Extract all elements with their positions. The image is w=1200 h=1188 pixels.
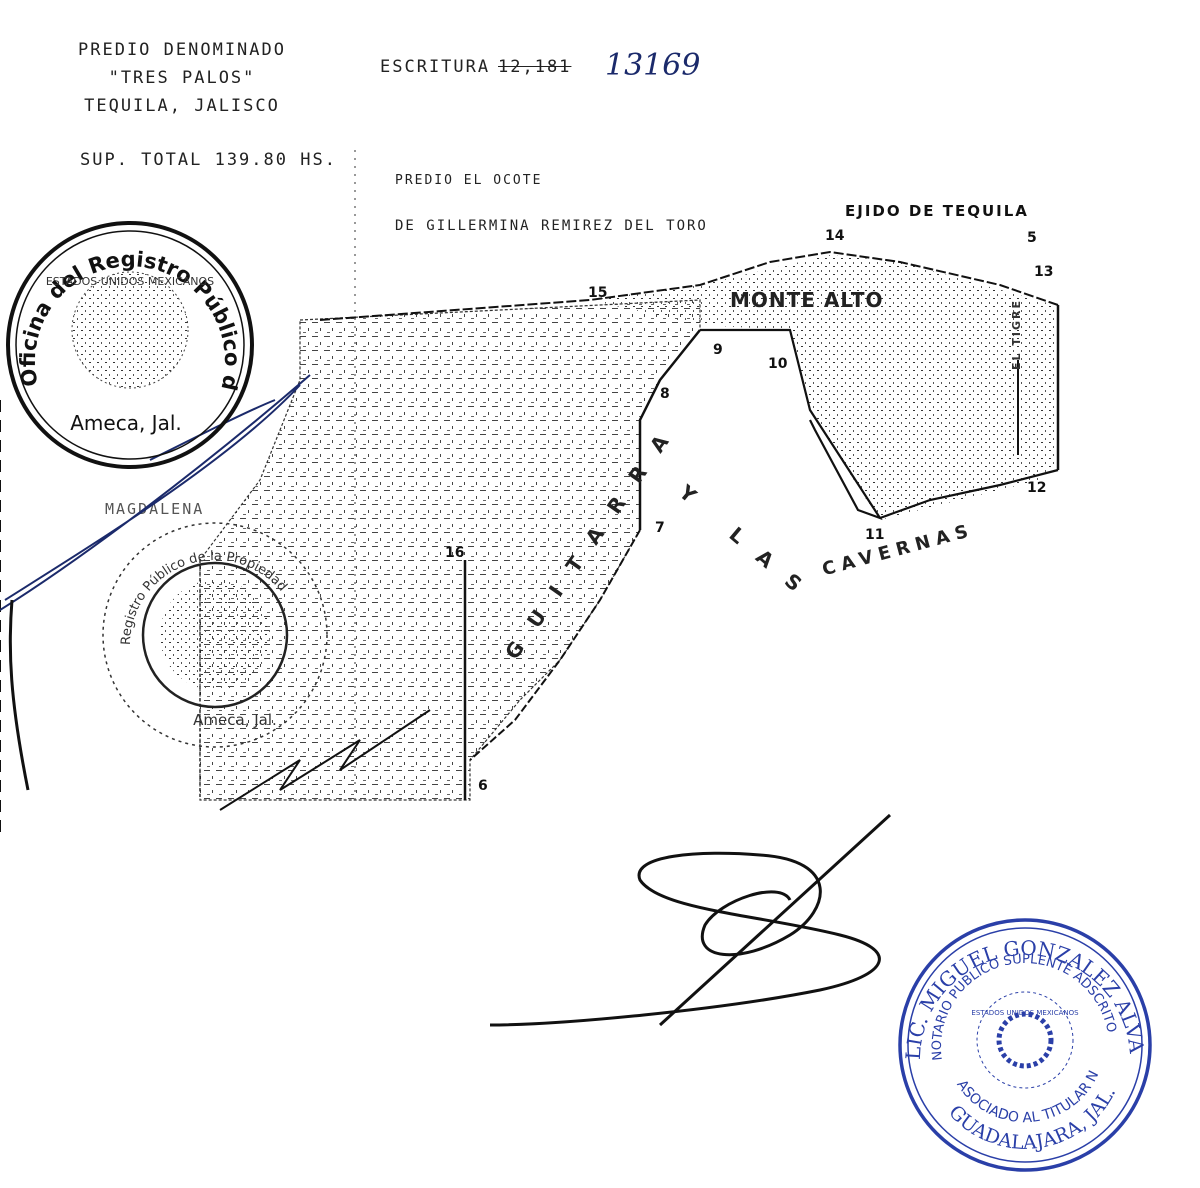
vertex-12: 12: [1027, 480, 1046, 496]
vertex-5: 5: [1027, 230, 1037, 246]
registry-stamp-bottom: Ameca, Jal.: [70, 411, 182, 435]
registry-stamp-top: Oficina del Registro Público de la Propi…: [8, 225, 244, 393]
svg-text:Oficina del Registro Público d: Oficina del Registro Público de la Propi…: [8, 225, 244, 393]
vertex-6: 6: [478, 778, 488, 794]
vertex-9: 9: [713, 342, 723, 358]
registry-stamp-text: Oficina del Registro Público de la Propi…: [8, 225, 252, 469]
vertex-16: 16: [445, 545, 464, 561]
svg-text:ESTADOS UNIDOS MEXICANOS: ESTADOS UNIDOS MEXICANOS: [971, 1009, 1079, 1017]
vertex-11: 11: [865, 527, 884, 543]
notary-stamp: LIC. MIGUEL GONZALEZ ALVAREZ NOTARIO PUB…: [900, 920, 1150, 1170]
registry-stamp-inner: ESTADOS UNIDOS MEXICANOS: [46, 275, 214, 288]
svg-text:Ameca, Jal.: Ameca, Jal.: [193, 711, 277, 729]
vertex-10: 10: [768, 356, 787, 372]
vertex-13: 13: [1034, 264, 1053, 280]
vertex-8: 8: [660, 386, 670, 402]
neighbor-east-el-tigre: EL TIGRE: [1010, 299, 1023, 370]
vertex-14: 14: [825, 228, 844, 244]
region-label-monte-alto: MONTE ALTO: [730, 288, 883, 312]
faded-registry-stamp-text: Registro Público de la Propiedad Ameca, …: [115, 535, 315, 735]
vertex-15: 15: [588, 285, 607, 301]
svg-text:Registro Público de la Propied: Registro Público de la Propiedad: [119, 549, 290, 645]
vertex-7: 7: [655, 520, 665, 536]
